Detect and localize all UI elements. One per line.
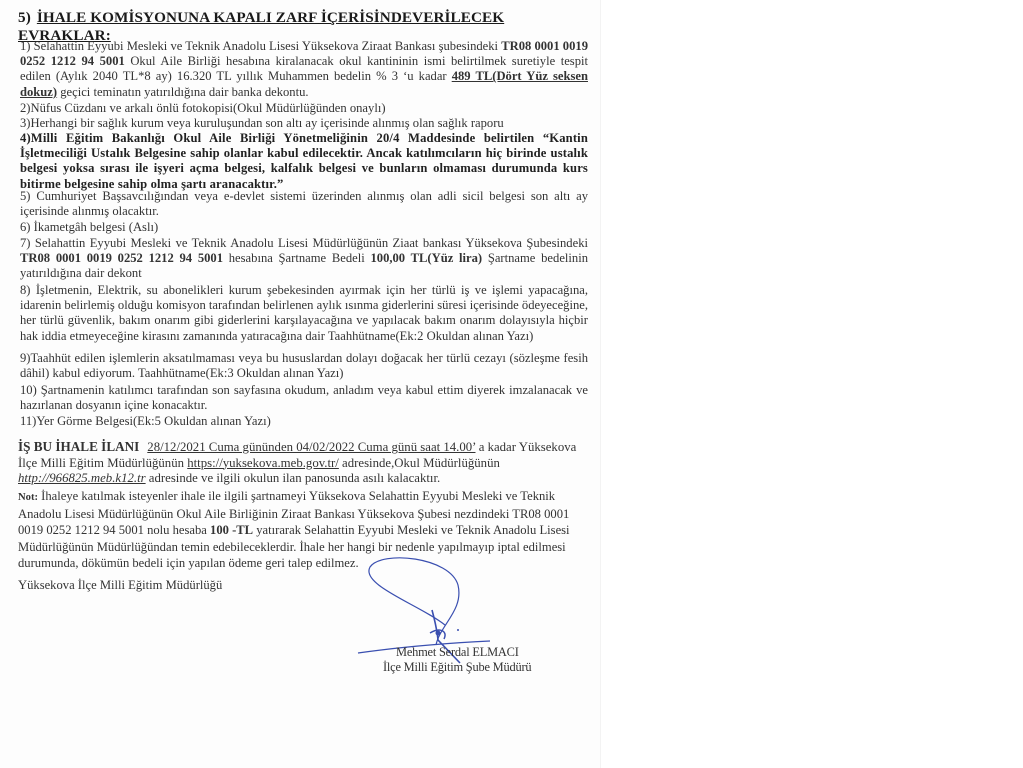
text-segment: TR08 0001 0019 0252 1212 94 5001 [20,251,223,265]
text-segment: 2)Nüfus Cüzdanı ve arkalı önlü fotokopis… [20,101,386,115]
requirement-item-6: 6) İkametgâh belgesi (Aslı) [20,220,588,235]
text-segment: 6) İkametgâh belgesi (Aslı) [20,220,158,234]
text-segment: 7) Selahattin Eyyubi Mesleki ve Teknik A… [20,236,588,250]
text-segment: hesabına Şartname Bedeli [223,251,370,265]
link[interactable]: https://yuksekova.meb.gov.tr/ [187,456,339,470]
text-segment: Müdürlüğündan temin edebileceklerdir. İh… [18,540,566,570]
text-segment: İhaleye katılmak isteyenler ihale ile il… [38,489,369,503]
requirement-item-3: 3)Herhangi bir sağlık kurum veya kuruluş… [20,116,588,131]
signatory-name: Mehmet Serdal ELMACI [396,645,519,660]
signatory-title: İlçe Milli Eğitim Şube Müdürü [383,660,531,675]
text-segment: nolu hesaba [144,523,210,537]
requirement-item-8: 8) İşletmenin, Elektrik, su abonelikleri… [20,283,588,344]
text-segment: yatırarak [253,523,304,537]
text-segment: 100 -TL [210,523,253,537]
text-segment: adresinde ve ilgili okulun ilan panosund… [146,471,441,485]
requirement-item-10: 10) Şartnamenin katılımcı tarafından son… [20,383,588,413]
note-body: İhaleye katılmak isteyenler ihale ile il… [18,489,570,570]
page-edge [600,0,601,768]
requirement-item-11: 11)Yer Görme Belgesi(Ek:5 Okuldan alınan… [20,414,588,429]
requirement-item-7: 7) Selahattin Eyyubi Mesleki ve Teknik A… [20,236,588,282]
issuer-name: Yüksekova İlçe Milli Eğitim Müdürlüğü [18,578,222,593]
requirement-item-5: 5) Cumhuriyet Başsavcılığından veya e-de… [20,189,588,219]
section-number: 5) [18,9,31,26]
text-segment: adresinde,Okul Müdürlüğünün [339,456,500,470]
text-segment: 28/12/2021 Cuma gününden 04/02/2022 Cuma… [147,440,475,454]
text-segment: 4)Milli Eğitim Bakanlığı Okul Aile Birli… [20,131,588,191]
text-segment: geçici teminatın yatırıldığına dair bank… [57,85,308,99]
link[interactable]: http://966825.meb.k12.tr [18,471,146,485]
announcement-lead: İŞ BU İHALE İLANI [18,439,139,454]
requirement-item-9: 9)Taahhüt edilen işlemlerin aksatılmamas… [20,351,588,381]
tender-announcement: İŞ BU İHALE İLANI28/12/2021 Cuma gününde… [18,439,588,487]
text-segment: 3)Herhangi bir sağlık kurum veya kuruluş… [20,116,504,130]
text-segment: 100,00 TL(Yüz lira) [370,251,482,265]
note-paragraph: Not: İhaleye katılmak isteyenler ihale i… [18,488,592,571]
text-segment: 11)Yer Görme Belgesi(Ek:5 Okuldan alınan… [20,414,271,428]
text-segment: 1) Selahattin Eyyubi Mesleki ve Teknik A… [20,39,501,53]
requirement-item-4: 4)Milli Eğitim Bakanlığı Okul Aile Birli… [20,131,588,192]
document-page: 5)İHALE KOMİSYONUNA KAPALI ZARF İÇERİSİN… [0,0,600,768]
requirement-item-2: 2)Nüfus Cüzdanı ve arkalı önlü fotokopis… [20,101,588,116]
text-segment: 8) İşletmenin, Elektrik, su abonelikleri… [20,283,588,343]
note-label: Not: [18,492,38,503]
text-segment: 10) Şartnamenin katılımcı tarafından son… [20,383,588,412]
text-segment: Okul Aile Birliğinin Ziraat Bankası Yüks… [173,507,512,521]
text-segment: 5) Cumhuriyet Başsavcılığından veya e-de… [20,189,588,218]
text-segment: 9)Taahhüt edilen işlemlerin aksatılmamas… [20,351,588,380]
requirement-item-1: 1) Selahattin Eyyubi Mesleki ve Teknik A… [20,39,588,100]
